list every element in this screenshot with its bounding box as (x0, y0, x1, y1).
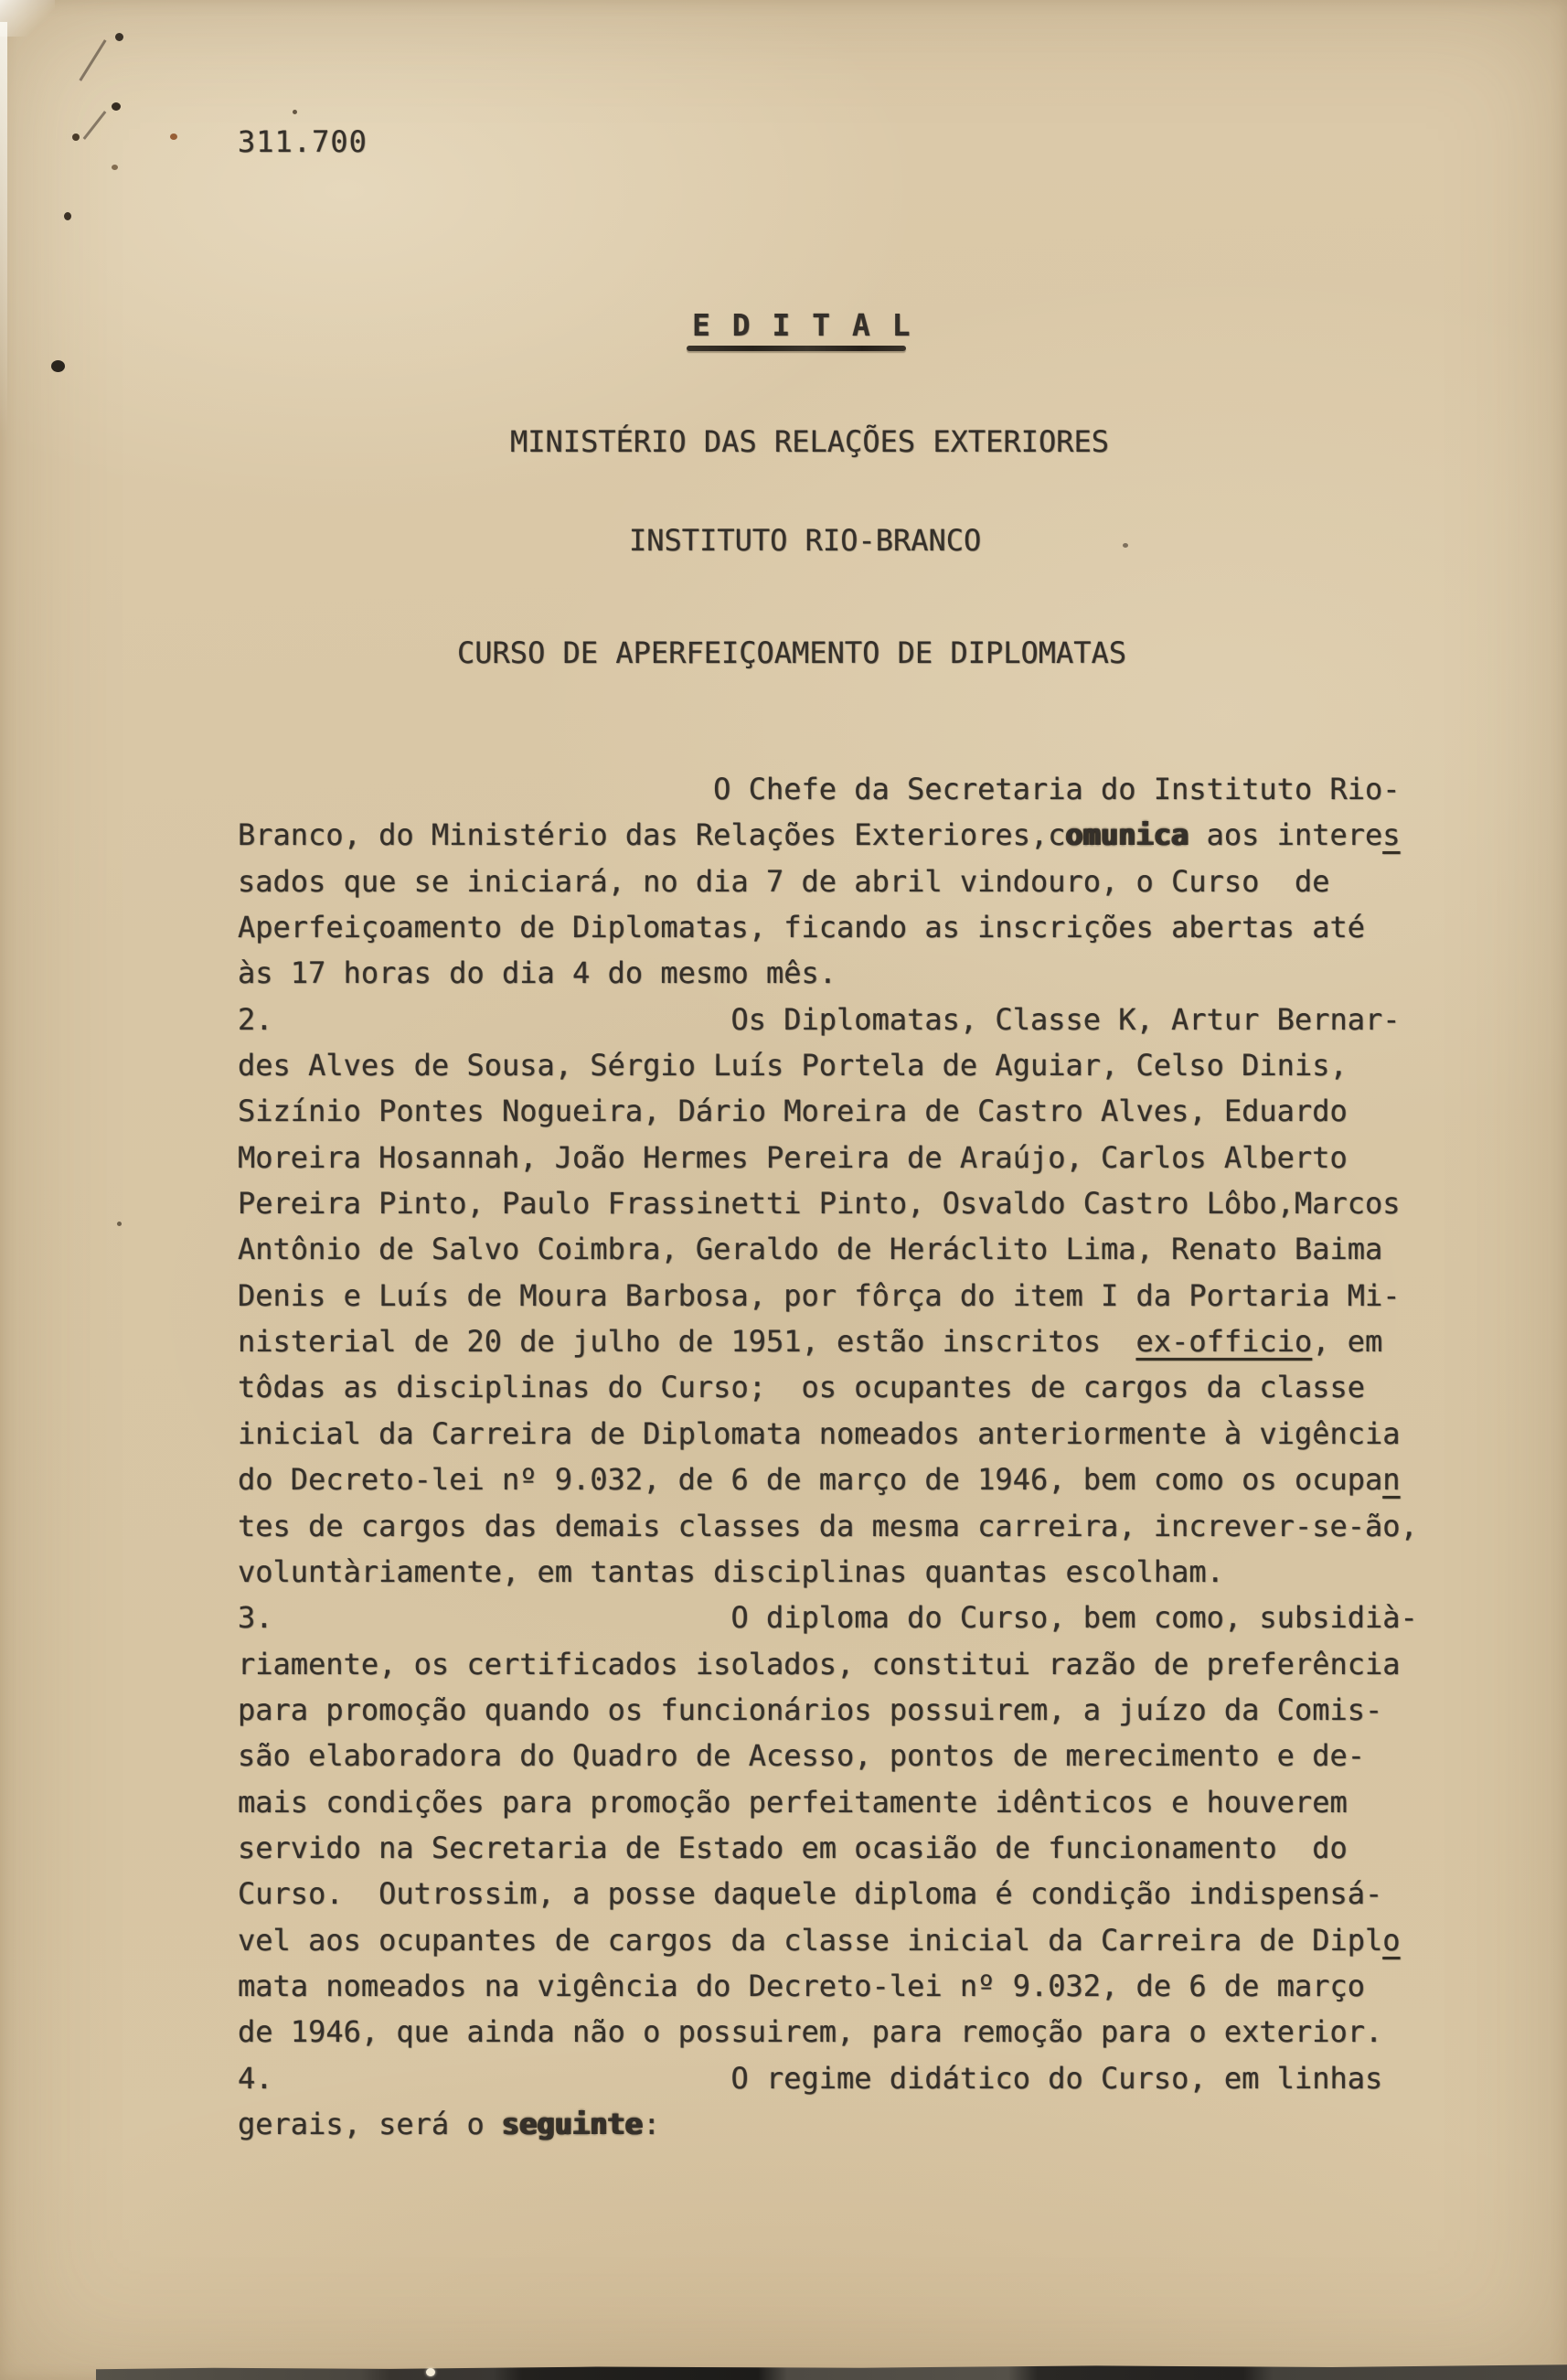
heading-ministry: MINISTÉRIO DAS RELAÇÕES EXTERIORES (510, 424, 1109, 459)
body-text-bold: omunica (1065, 817, 1189, 852)
body-line: tes de cargos das demais classes da mesm… (238, 1503, 1454, 1549)
body-text: Moreira Hosannah, João Hermes Pereira de… (238, 1140, 1348, 1175)
scan-bottom-edge (96, 2363, 1567, 2380)
body-line: 3. O diploma do Curso, bem como, subsidi… (238, 1595, 1454, 1640)
body-line: Branco, do Ministério das Relações Exter… (238, 812, 1454, 858)
body-line: Antônio de Salvo Coimbra, Geraldo de Her… (238, 1226, 1454, 1272)
body-line: vel aos ocupantes de cargos da classe in… (238, 1917, 1454, 1963)
body-text: riamente, os certificados isolados, cons… (238, 1647, 1401, 1681)
body-text: mais condições para promoção perfeitamen… (238, 1785, 1348, 1820)
paper-stain (293, 110, 297, 114)
paper-stain (112, 165, 118, 170)
body-line: servido na Secretaria de Estado em ocasi… (238, 1825, 1454, 1871)
body-text: 3. O diploma do Curso, bem como, subsidi… (238, 1600, 1418, 1635)
heading-course: CURSO DE APERFEIÇOAMENTO DE DIPLOMATAS (457, 635, 1126, 670)
scratch-mark (79, 39, 106, 81)
body-line: des Alves de Sousa, Sérgio Luís Portela … (238, 1042, 1454, 1088)
scan-edge-highlight (426, 2368, 435, 2376)
body-text: 2. Os Diplomatas, Classe K, Artur Bernar… (238, 1002, 1401, 1037)
document-page: 311.700 E D I T A L MINISTÉRIO DAS RELAÇ… (0, 0, 1567, 2380)
body-text: Denis e Luís de Moura Barbosa, por fôrça… (238, 1278, 1401, 1313)
body-text: Sizínio Pontes Nogueira, Dário Moreira d… (238, 1094, 1348, 1128)
body-line: nisterial de 20 de julho de 1951, estão … (238, 1318, 1454, 1364)
body-line: gerais, será o seguinte: (238, 2101, 1454, 2147)
body-text: de 1946, que ainda não o possuirem, para… (238, 2014, 1382, 2049)
body-text: voluntàriamente, em tantas disciplinas q… (238, 1554, 1224, 1589)
title-underline (687, 346, 906, 351)
body-line: Moreira Hosannah, João Hermes Pereira de… (238, 1135, 1454, 1180)
paper-stain (1123, 543, 1128, 548)
body-text-bold: seguinte (502, 2107, 643, 2141)
body-line: de 1946, que ainda não o possuirem, para… (238, 2009, 1454, 2054)
body-text: gerais, será o (238, 2107, 502, 2141)
scratch-mark (83, 111, 107, 140)
body-text-underline: n (1382, 1462, 1400, 1497)
body-text: mata nomeados na vigência do Decreto-lei… (238, 1969, 1365, 2003)
body-text: Branco, do Ministério das Relações Exter… (238, 817, 1065, 852)
body-line: do Decreto-lei nº 9.032, de 6 de março d… (238, 1457, 1454, 1502)
heading-institute: INSTITUTO RIO-BRANCO (629, 523, 981, 558)
body-text: aos intere (1189, 817, 1382, 852)
ink-dot (51, 360, 65, 372)
body-line: Pereira Pinto, Paulo Frassinetti Pinto, … (238, 1180, 1454, 1226)
body-text: des Alves de Sousa, Sérgio Luís Portela … (238, 1048, 1348, 1083)
body-text: nisterial de 20 de julho de 1951, estão … (238, 1324, 1136, 1359)
body-text: Pereira Pinto, Paulo Frassinetti Pinto, … (238, 1186, 1401, 1221)
body-text-underline: o (1382, 1923, 1400, 1958)
body-line: riamente, os certificados isolados, cons… (238, 1641, 1454, 1687)
paper-stain (112, 102, 121, 111)
body-text: para promoção quando os funcionários pos… (238, 1692, 1382, 1727)
body-line: Aperfeiçoamento de Diplomatas, ficando a… (238, 904, 1454, 950)
document-title: E D I T A L (692, 307, 912, 343)
body-line: 4. O regime didático do Curso, em linhas (238, 2055, 1454, 2101)
body-text: 4. O regime didático do Curso, em linhas (238, 2061, 1382, 2096)
body-text: são elaboradora do Quadro de Acesso, pon… (238, 1738, 1365, 1773)
body-text: , em (1312, 1324, 1382, 1359)
body-line: 2. Os Diplomatas, Classe K, Artur Bernar… (238, 997, 1454, 1042)
body-line: mais condições para promoção perfeitamen… (238, 1779, 1454, 1825)
body-text: inicial da Carreira de Diplomata nomeado… (238, 1416, 1401, 1451)
body-line: tôdas as disciplinas do Curso; os ocupan… (238, 1364, 1454, 1410)
body-text: Antônio de Salvo Coimbra, Geraldo de Her… (238, 1232, 1382, 1266)
body-text: sados que se iniciará, no dia 7 de abril… (238, 864, 1329, 899)
paper-stain (170, 133, 177, 140)
paper-stain (117, 1222, 122, 1226)
body-line: O Chefe da Secretaria do Instituto Rio- (238, 766, 1454, 812)
body-text-underline: s (1382, 817, 1400, 852)
body-line: mata nomeados na vigência do Decreto-lei… (238, 1963, 1454, 2009)
top-left-corner-highlight (0, 0, 55, 37)
body-line: Denis e Luís de Moura Barbosa, por fôrça… (238, 1273, 1454, 1318)
body-line: voluntàriamente, em tantas disciplinas q… (238, 1549, 1454, 1595)
body-text: Curso. Outrossim, a posse daquele diplom… (238, 1876, 1382, 1911)
paper-stain (72, 133, 80, 141)
body-text: tes de cargos das demais classes da mesm… (238, 1509, 1418, 1543)
body-text: : (643, 2107, 660, 2141)
body-text-underline: ex-officio (1136, 1324, 1313, 1359)
body-text: às 17 horas do dia 4 do mesmo mês. (238, 955, 837, 990)
body-line: são elaboradora do Quadro de Acesso, pon… (238, 1733, 1454, 1778)
body-line: Curso. Outrossim, a posse daquele diplom… (238, 1871, 1454, 1916)
body-text: O Chefe da Secretaria do Instituto Rio- (238, 772, 1401, 806)
body-text: servido na Secretaria de Estado em ocasi… (238, 1830, 1348, 1865)
body-text: Aperfeiçoamento de Diplomatas, ficando a… (238, 910, 1365, 945)
document-body: O Chefe da Secretaria do Instituto Rio-B… (238, 766, 1454, 2147)
body-text: do Decreto-lei nº 9.032, de 6 de março d… (238, 1462, 1382, 1497)
reference-number: 311.700 (238, 124, 368, 159)
body-line: às 17 horas do dia 4 do mesmo mês. (238, 950, 1454, 996)
body-line: inicial da Carreira de Diplomata nomeado… (238, 1411, 1454, 1457)
body-line: para promoção quando os funcionários pos… (238, 1687, 1454, 1733)
body-line: sados que se iniciará, no dia 7 de abril… (238, 859, 1454, 904)
body-text: vel aos ocupantes de cargos da classe in… (238, 1923, 1382, 1958)
paper-stain (115, 33, 123, 41)
body-line: Sizínio Pontes Nogueira, Dário Moreira d… (238, 1088, 1454, 1134)
paper-stain (64, 212, 71, 220)
body-text: tôdas as disciplinas do Curso; os ocupan… (238, 1370, 1365, 1404)
left-edge-highlight (0, 22, 7, 433)
